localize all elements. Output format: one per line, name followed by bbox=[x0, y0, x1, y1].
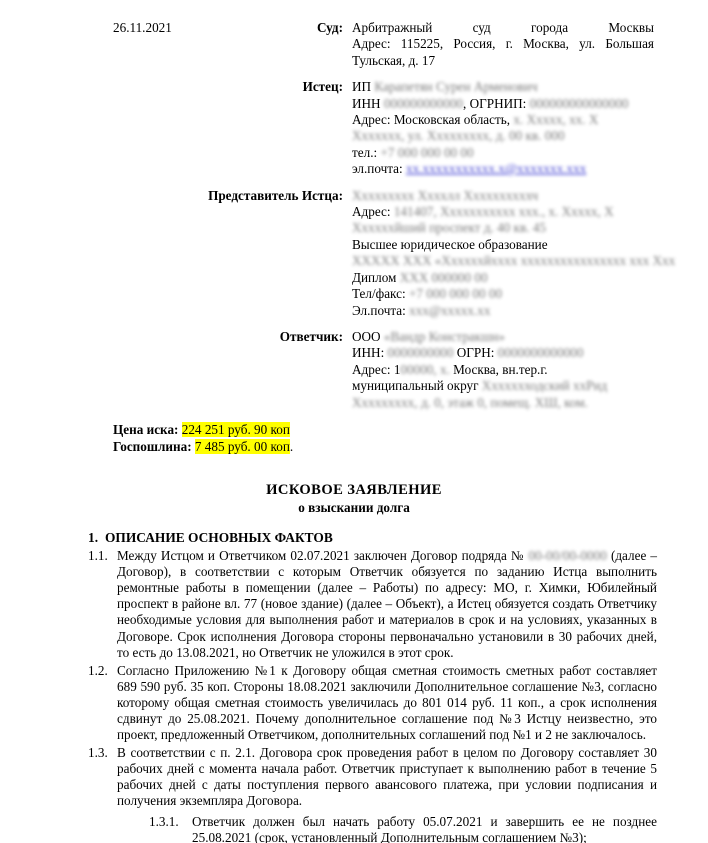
party-content-plaintiff-representative: Ххххххххх Ххххлл ХхххххххххчАдрес: 14140… bbox=[352, 188, 654, 319]
paragraph-text: Ответчик должен был начать работу 05.07.… bbox=[192, 814, 657, 843]
party-line: Ххххххх, ул. Ххххххххх, д. 00 кв. 000 bbox=[352, 128, 654, 144]
redacted-text: ХХХХХ ХХХ «Ххххххйхххх хххххххххххххххх … bbox=[352, 253, 675, 268]
party-line: эл.почта: хх.ххххххххххх.х@ххххххх.ххх bbox=[352, 161, 654, 177]
text-segment: Арбитражный суд города Москвы bbox=[352, 20, 654, 35]
party-label-defendant: Ответчик: bbox=[88, 329, 352, 411]
party-line: ХХХХХ ХХХ «Ххххххйхххх хххххххххххххххх … bbox=[352, 253, 654, 269]
party-line: Ххххххххх Ххххлл Ххххххххххч bbox=[352, 188, 654, 204]
text-segment: ИНН bbox=[352, 96, 384, 111]
redacted-text: 00000, х. bbox=[400, 362, 449, 377]
text-segment: тел.: bbox=[352, 145, 380, 160]
party-line: ООО «Вандр Констракшн» bbox=[352, 329, 654, 345]
text-segment: Между Истцом и Ответчиком 02.07.2021 зак… bbox=[117, 548, 528, 563]
party-label-plaintiff: Истец: bbox=[88, 79, 352, 177]
text-segment: В соответствии с п. 2.1. Договора срок п… bbox=[117, 745, 657, 808]
paragraph-number: 1.3. bbox=[88, 745, 117, 809]
redacted-text: 0000000000000 bbox=[498, 345, 584, 360]
paragraph-1-1: 1.1.Между Истцом и Ответчиком 02.07.2021… bbox=[88, 548, 657, 661]
text-segment: ОГРН: bbox=[453, 345, 497, 360]
redacted-text: х. Ххххх, хх. Х bbox=[513, 112, 598, 127]
party-content-defendant: ООО «Вандр Констракшн»ИНН: 0000000000 ОГ… bbox=[352, 329, 654, 411]
party-line: Тел/факс: +7 000 000 00 00 bbox=[352, 286, 654, 302]
paragraph-number: 1.2. bbox=[88, 663, 117, 743]
claim-row: Цена иска: 224 251 руб. 90 коп bbox=[113, 421, 708, 438]
party-line: Ххххххххх, д. 0, этаж 0, помещ. ХШ, ком. bbox=[352, 395, 654, 411]
text-segment: Ответчик должен был начать работу 05.07.… bbox=[192, 814, 657, 843]
text-segment: Адрес: Московская область, bbox=[352, 112, 513, 127]
text-segment: Диплом bbox=[352, 270, 400, 285]
paragraph-text: В соответствии с п. 2.1. Договора срок п… bbox=[117, 745, 657, 809]
text-segment: Тел/факс: bbox=[352, 286, 409, 301]
redacted-text: Ххххххх, ул. Ххххххххх, д. 00 кв. 000 bbox=[352, 128, 565, 143]
document-subtitle: о взыскании долга bbox=[0, 500, 708, 516]
party-row-plaintiff: Истец:ИП Карапетян Сурен АрменовичИНН 00… bbox=[88, 79, 656, 177]
party-line: Адрес: 141407, Ххххххххххх ххх., х. Хххх… bbox=[352, 204, 654, 220]
text-segment: Эл.почта: bbox=[352, 303, 409, 318]
document-title: ИСКОВОЕ ЗАЯВЛЕНИЕ bbox=[0, 481, 708, 499]
party-row-plaintiff-representative: Представитель Истца:Ххххххххх Ххххлл Ххх… bbox=[88, 188, 656, 319]
party-line: Диплом ХХХ 000000 00 bbox=[352, 270, 654, 286]
text-segment: муниципальный округ bbox=[352, 378, 482, 393]
claim-label: Цена иска: bbox=[113, 422, 182, 437]
paragraph-1-3: 1.3.В соответствии с п. 2.1. Договора ср… bbox=[88, 745, 657, 809]
redacted-text: 141407, Ххххххххххх ххх., х. Ххххх, Х bbox=[394, 204, 614, 219]
text-segment: Тульская, д. 17 bbox=[352, 53, 435, 68]
document-date: 26.11.2021 bbox=[113, 20, 172, 36]
redacted-text: 000000000000000 bbox=[530, 96, 629, 111]
redacted-text: +7 000 000 00 00 bbox=[380, 145, 473, 160]
party-line: Высшее юридическое образование bbox=[352, 237, 654, 253]
party-line: Адрес: 115225, Россия, г. Москва, ул. Бо… bbox=[352, 36, 654, 52]
party-line: Адрес: Московская область, х. Ххххх, хх.… bbox=[352, 112, 654, 128]
claim-value-highlighted: 7 485 руб. 00 коп bbox=[195, 439, 290, 454]
section-heading: 1. ОПИСАНИЕ ОСНОВНЫХ ФАКТОВ bbox=[88, 530, 657, 546]
redacted-text: Карапетян Сурен Арменович bbox=[374, 79, 537, 94]
party-line: ИП Карапетян Сурен Арменович bbox=[352, 79, 654, 95]
claim-block: Цена иска: 224 251 руб. 90 копГоспошлина… bbox=[113, 421, 708, 455]
text-segment: ИП bbox=[352, 79, 374, 94]
party-content-plaintiff: ИП Карапетян Сурен АрменовичИНН 00000000… bbox=[352, 79, 654, 177]
redacted-text: «Вандр Констракшн» bbox=[384, 329, 505, 344]
text-segment: ООО bbox=[352, 329, 384, 344]
redacted-text: 00-00/00-0000 bbox=[528, 548, 606, 563]
paragraph-1-3-1: 1.3.1.Ответчик должен был начать работу … bbox=[149, 814, 657, 843]
paragraph-text: Согласно Приложению №1 к Договору общая … bbox=[117, 663, 657, 743]
title-block: ИСКОВОЕ ЗАЯВЛЕНИЕ о взыскании долга bbox=[0, 481, 708, 516]
party-line: Арбитражный суд города Москвы bbox=[352, 20, 654, 36]
text-segment: Адрес: bbox=[352, 204, 394, 219]
party-content-court: Арбитражный суд города МосквыАдрес: 1152… bbox=[352, 20, 654, 69]
redacted-text: ххх@ххххх.хх bbox=[409, 303, 490, 318]
party-line: Тульская, д. 17 bbox=[352, 53, 654, 69]
text-segment: эл.почта: bbox=[352, 161, 406, 176]
party-line: Эл.почта: ххх@ххххх.хх bbox=[352, 303, 654, 319]
party-row-defendant: Ответчик:ООО «Вандр Констракшн»ИНН: 0000… bbox=[88, 329, 656, 411]
text-segment: Согласно Приложению №1 к Договору общая … bbox=[117, 663, 657, 742]
party-line: Адрес: 100000, х. Москва, вн.тер.г. bbox=[352, 362, 654, 378]
section-heading-text: ОПИСАНИЕ ОСНОВНЫХ ФАКТОВ bbox=[105, 530, 333, 546]
party-line: Ххххххйший проспект д. 40 кв. 45 bbox=[352, 220, 654, 236]
claim-row: Госпошлина: 7 485 руб. 00 коп. bbox=[113, 438, 708, 455]
paragraph-text: Между Истцом и Ответчиком 02.07.2021 зак… bbox=[117, 548, 657, 661]
claim-label: Госпошлина: bbox=[113, 439, 195, 454]
legal-document-page: 26.11.2021 Суд:Арбитражный суд города Мо… bbox=[0, 0, 708, 843]
parties-block: Суд:Арбитражный суд города МосквыАдрес: … bbox=[88, 20, 656, 411]
paragraph-number: 1.3.1. bbox=[149, 814, 192, 843]
party-line: муниципальный округ Ххххххходский ххРид bbox=[352, 378, 654, 394]
redacted-text: 000000000000 bbox=[384, 96, 463, 111]
text-segment: Москва, вн.тер.г. bbox=[450, 362, 548, 377]
redacted-text: 0000000000 bbox=[388, 345, 454, 360]
redacted-text: ХХХ 000000 00 bbox=[400, 270, 488, 285]
redacted-email-link[interactable]: хх.ххххххххххх.х@ххххххх.ххх bbox=[406, 161, 586, 176]
redacted-text: Ххххххйший проспект д. 40 кв. 45 bbox=[352, 220, 546, 235]
party-line: ИНН: 0000000000 ОГРН: 0000000000000 bbox=[352, 345, 654, 361]
party-label-plaintiff-representative: Представитель Истца: bbox=[88, 188, 352, 319]
claim-suffix: . bbox=[290, 439, 293, 454]
party-line: ИНН 000000000000, ОГРНИП: 00000000000000… bbox=[352, 96, 654, 112]
paragraph-number: 1.1. bbox=[88, 548, 117, 661]
paragraphs-block: 1.1.Между Истцом и Ответчиком 02.07.2021… bbox=[88, 548, 657, 843]
text-segment: ИНН: bbox=[352, 345, 388, 360]
redacted-text: +7 000 000 00 00 bbox=[409, 286, 502, 301]
redacted-text: Ххххххххх Ххххлл Ххххххххххч bbox=[352, 188, 538, 203]
document-body: 1. ОПИСАНИЕ ОСНОВНЫХ ФАКТОВ 1.1.Между Ис… bbox=[88, 530, 657, 843]
text-segment: Высшее юридическое образование bbox=[352, 237, 548, 252]
redacted-text: Ххххххходский ххРид bbox=[482, 378, 607, 393]
text-segment: , ОГРНИП: bbox=[463, 96, 530, 111]
claim-value-highlighted: 224 251 руб. 90 коп bbox=[182, 422, 290, 437]
redacted-text: Ххххххххх, д. 0, этаж 0, помещ. ХШ, ком. bbox=[352, 395, 588, 410]
section-number: 1. bbox=[88, 530, 105, 546]
party-line: тел.: +7 000 000 00 00 bbox=[352, 145, 654, 161]
paragraph-1-2: 1.2.Согласно Приложению №1 к Договору об… bbox=[88, 663, 657, 743]
text-segment: Адрес: 115225, Россия, г. Москва, ул. Бо… bbox=[352, 36, 654, 51]
text-segment: (далее – Договор), в соответствии с кото… bbox=[117, 548, 657, 660]
party-row-court: Суд:Арбитражный суд города МосквыАдрес: … bbox=[88, 20, 656, 69]
text-segment: Адрес: 1 bbox=[352, 362, 400, 377]
